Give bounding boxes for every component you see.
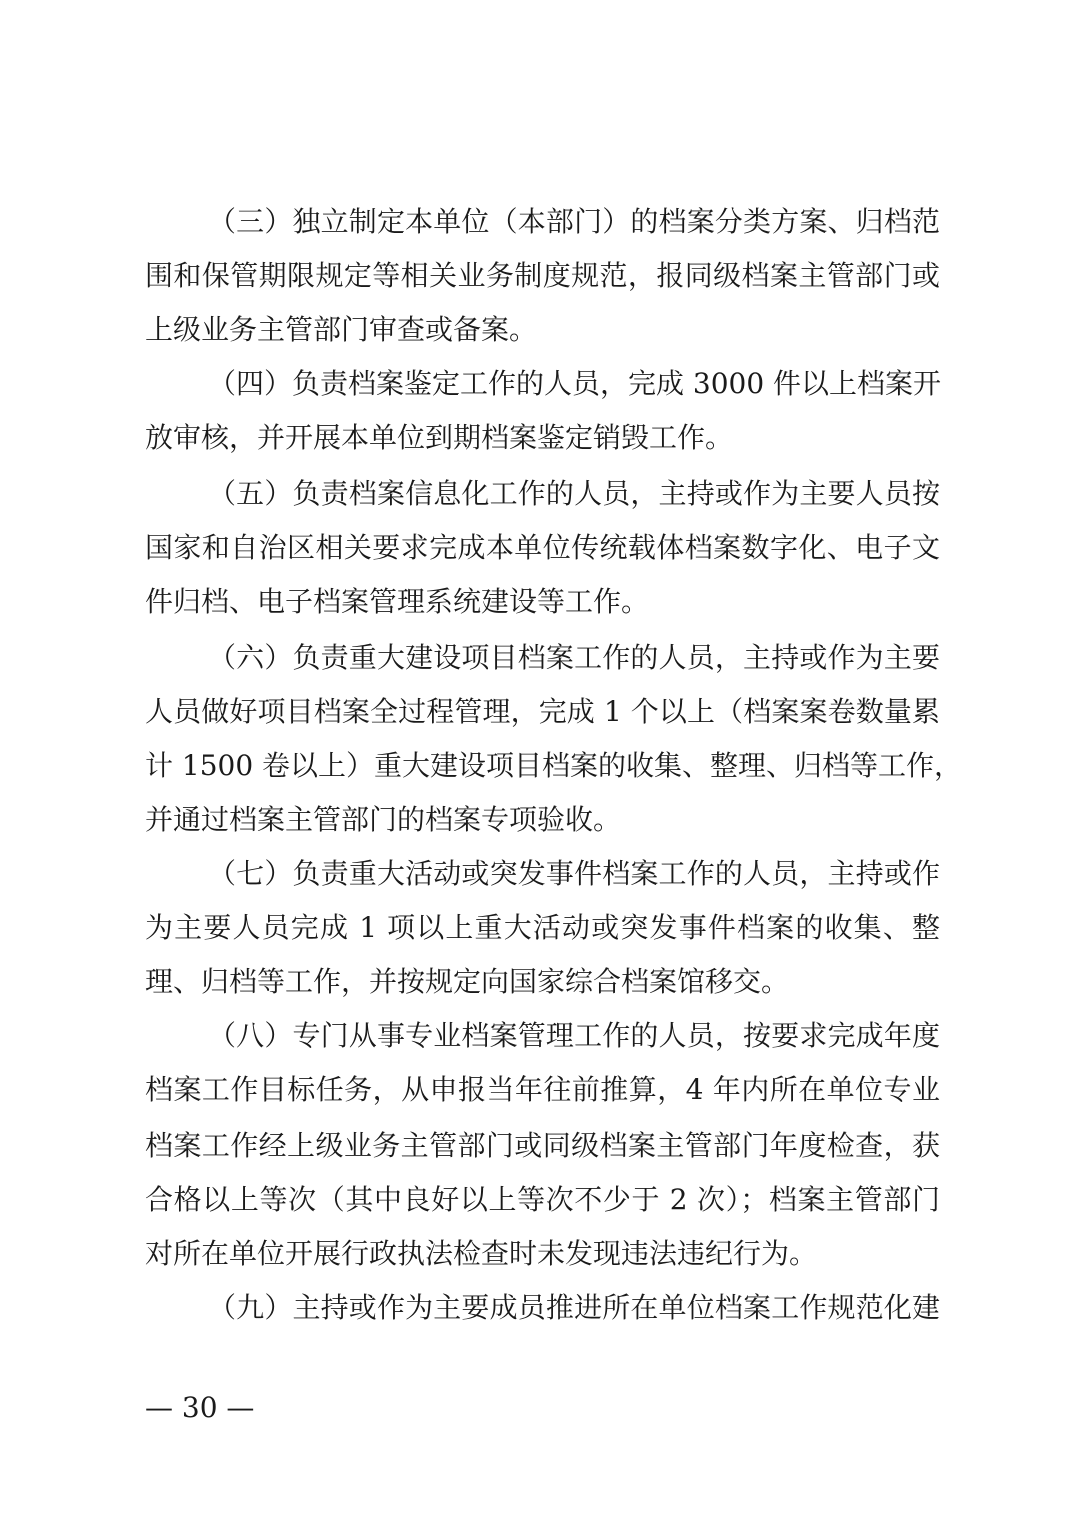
paragraph-6-line-1: （六）负责重大建设项目档案工作的人员，主持或作为主要: [208, 638, 940, 678]
page-number: — 30 —: [145, 1388, 254, 1428]
paragraph-5-line-2: 国家和自治区相关要求完成本单位传统载体档案数字化、电子文: [145, 528, 940, 568]
paragraph-7-line-1: （七）负责重大活动或突发事件档案工作的人员，主持或作: [208, 854, 940, 894]
paragraph-6-line-3: 计 1500 卷以上）重大建设项目档案的收集、整理、归档等工作，: [145, 746, 940, 786]
paragraph-8-line-2: 档案工作目标任务，从申报当年往前推算，4 年内所在单位专业: [145, 1070, 940, 1110]
paragraph-3-line-1: （三）独立制定本单位（本部门）的档案分类方案、归档范: [208, 202, 940, 242]
paragraph-3-line-3: 上级业务主管部门审查或备案。: [145, 310, 940, 350]
paragraph-8-line-5: 对所在单位开展行政执法检查时未发现违法违纪行为。: [145, 1234, 940, 1274]
paragraph-7-line-3: 理、归档等工作，并按规定向国家综合档案馆移交。: [145, 962, 940, 1002]
paragraph-9-line-1: （九）主持或作为主要成员推进所在单位档案工作规范化建: [208, 1288, 940, 1328]
paragraph-8-line-3: 档案工作经上级业务主管部门或同级档案主管部门年度检查，获: [145, 1126, 940, 1166]
paragraph-6-line-2: 人员做好项目档案全过程管理，完成 1 个以上（档案案卷数量累: [145, 692, 940, 732]
paragraph-5-line-3: 件归档、电子档案管理系统建设等工作。: [145, 582, 940, 622]
paragraph-8-line-1: （八）专门从事专业档案管理工作的人员，按要求完成年度: [208, 1016, 940, 1056]
paragraph-8-line-4: 合格以上等次（其中良好以上等次不少于 2 次）；档案主管部门: [145, 1180, 940, 1220]
paragraph-4-line-1: （四）负责档案鉴定工作的人员，完成 3000 件以上档案开: [208, 364, 940, 404]
paragraph-4-line-2: 放审核，并开展本单位到期档案鉴定销毁工作。: [145, 418, 940, 458]
paragraph-7-line-2: 为主要人员完成 1 项以上重大活动或突发事件档案的收集、整: [145, 908, 940, 948]
paragraph-3-line-2: 围和保管期限规定等相关业务制度规范，报同级档案主管部门或: [145, 256, 940, 296]
paragraph-5-line-1: （五）负责档案信息化工作的人员，主持或作为主要人员按: [208, 474, 940, 514]
document-page: （三）独立制定本单位（本部门）的档案分类方案、归档范 围和保管期限规定等相关业务…: [0, 0, 1074, 1520]
paragraph-6-line-4: 并通过档案主管部门的档案专项验收。: [145, 800, 940, 840]
